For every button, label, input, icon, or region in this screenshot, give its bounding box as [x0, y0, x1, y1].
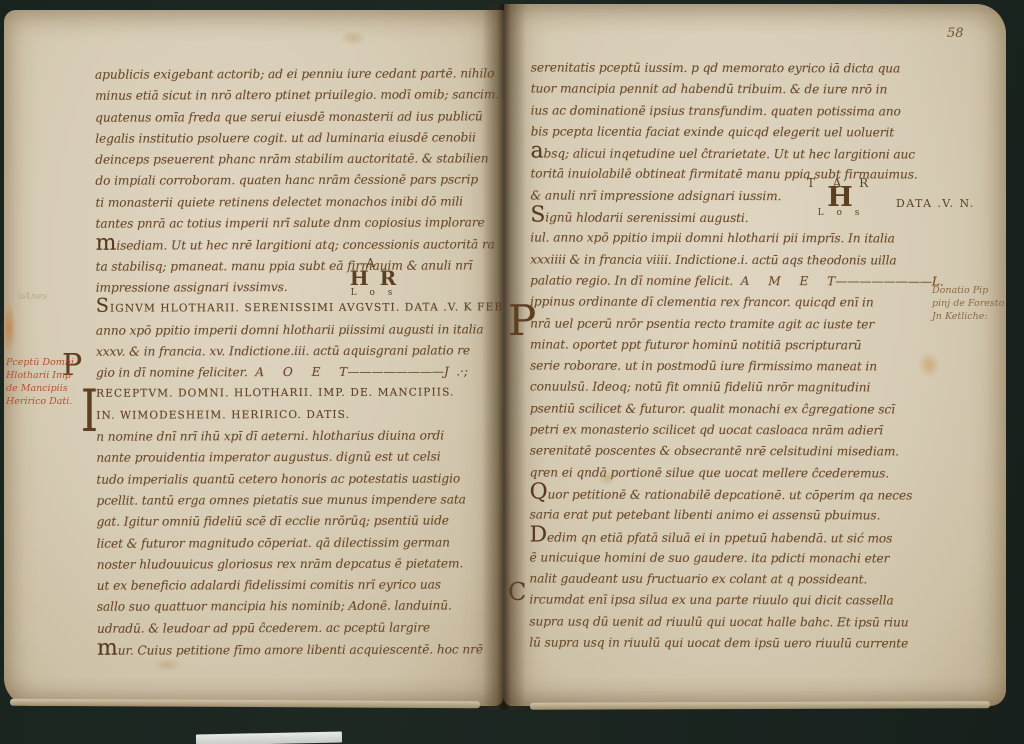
manuscript-line: ta stabilisq; pmaneat. manu ppia subt eā… [96, 255, 496, 278]
manuscript-line: udradū. & leudoar ad ppū ĉcederem. ac pc… [97, 617, 497, 640]
manuscript-line: IN. WIMODESHEIM. HERIRICO. DATIS. [96, 404, 496, 427]
manuscript-line: bis pcepta licentia faciat exinde quicqd… [531, 121, 941, 143]
manuscript-line: ircumdat enī ipsa silua ex una parte riu… [529, 590, 939, 612]
manuscript-line: legalis institutio psoluere cogit. ut ad… [95, 127, 495, 150]
manuscript-line: deinceps pseuerent phanc nrām stabilim a… [95, 148, 495, 171]
monogram-row: L o s [348, 288, 400, 298]
manuscript-line: pcellit. tantū erga omnes pietatis sue m… [96, 489, 496, 512]
manuscript-line: noster hludouuicus gloriosus rex nrām de… [97, 553, 497, 576]
manuscript-line: gio in dī nomine feliciter. A O E T—————… [96, 361, 496, 384]
right-page-text: serenitatis pceptū iussim. p qd memorato… [529, 57, 941, 654]
monogram-row: H [806, 188, 876, 208]
rubric-margin-note: Pceptū DomniHlotharii Impde MancipiisHer… [6, 356, 74, 408]
faded-margin-note: oAnes [18, 290, 47, 303]
lothar-monogram: A H R L o s [348, 258, 400, 298]
manuscript-line: minus etiā sicut in nrō altero ptinet pr… [95, 85, 495, 108]
page-edge [530, 701, 990, 710]
manuscript-line: Quor petitionē & rationabilē depcationē.… [530, 483, 940, 505]
manuscript-line: xxxiiii & in francia viiii. Indictione.i… [530, 249, 940, 271]
manuscript-line: RECEPTVM. DOMNI. HLOTHARII. IMP. DE. MAN… [96, 383, 496, 406]
margin-note-line: Jn Ketliche: [932, 310, 1022, 323]
manuscript-line: ius ac dominationē ipsius transfundim. q… [531, 100, 941, 122]
manuscript-line: licet & futuror magnitudo cōperiat. qā d… [97, 532, 497, 555]
rubric-note-line: de Mancipiis [6, 382, 74, 395]
manuscript-line: sallo suo quattuor mancipia his nominib;… [97, 596, 497, 619]
manuscript-line: iul. anno xpō ppitio impii domni hlothar… [530, 228, 940, 250]
manuscript-line: psentiū scilicet & futuror. qualit monac… [530, 398, 940, 420]
folio-number: 58 [947, 26, 964, 41]
white-label-strip [196, 731, 342, 744]
manuscript-line: absq; alicui inqetudine uel ĉtrarietate.… [531, 143, 941, 165]
manuscript-line: do impiali corroboram. quaten hanc nrām … [95, 170, 495, 193]
manuscript-line: apublicis exigebant actorib; ad ei penni… [95, 63, 495, 86]
lothar-monogram: T A R H L o s [806, 178, 876, 218]
manuscript-line: n nomine dnī nrī ihū xpī dī aeterni. hlo… [96, 425, 496, 448]
right-margin-note: Donatio Pippinj de ForestoJn Ketliche: [932, 284, 1022, 323]
manuscript-line: & anuli nrī impressione adsignari iussim… [530, 185, 940, 207]
manuscript-line: nrā uel pcerū nrōr psentia recto tramite… [530, 313, 940, 335]
rubric-note-line: Hlotharii Imp [6, 369, 74, 382]
margin-initial-p: P [508, 300, 536, 342]
manuscript-line: anno xpō ppitio imperii domni hlotharii … [96, 319, 496, 342]
manuscript-line: lū supra usq in riuulū qui uocat dem ips… [529, 632, 939, 654]
page-edge [10, 699, 480, 708]
manuscript-line: Dedim qn etiā pfatā siluā ei in ppetuū h… [529, 526, 939, 548]
rubric-note-line: Pceptū Domni [6, 356, 74, 369]
manuscript-line: nante prouidentia imperator augustus. di… [96, 447, 496, 470]
manuscript-line: conuulsū. Ideoq; notū fit omniū fideliū … [530, 377, 940, 399]
rubric-note-line: Heririco Dati. [6, 395, 74, 408]
manuscript-line: ut ex beneficio adalardi fidelissimi com… [97, 574, 497, 597]
manuscript-line: nalit gaudeant usu fructuario ex colant … [529, 569, 939, 591]
manuscript-line: tuor mancipia pennit ad habendū tribuim.… [531, 79, 941, 101]
manuscript-line: SIGNVM HLOTHARII. SERENISSIMI AVGVSTI. D… [96, 298, 496, 321]
manuscript-line: quatenus omīa freda que serui eiusdē mon… [95, 106, 495, 129]
manuscript-photo: 58 apublicis exigebant actorib; ad ei pe… [0, 0, 1024, 744]
margin-initial-i: I [81, 382, 98, 440]
manuscript-line: tudo imperialis quantū cetero honoris ac… [96, 468, 496, 491]
manuscript-line: ti monasterii quiete retinens delectet m… [95, 191, 495, 214]
left-page-text: apublicis exigebant actorib; ad ei penni… [95, 63, 497, 661]
manuscript-line: serenitatē poscentes & obsecrantē nrē ce… [530, 441, 940, 463]
margin-note-line: Donatio Pip [932, 284, 1022, 297]
manuscript-line: misediam. Ut ut hec nrē largitioni atq; … [96, 234, 496, 257]
monogram-row: H R [348, 268, 400, 288]
margin-note-line: pinj de Foresto [932, 297, 1022, 310]
monogram-row: L o s [806, 208, 876, 218]
manuscript-line: saria erat put petebant libenti animo ei… [530, 505, 940, 527]
manuscript-line: palatio regio. In dī nomine felicit. A M… [530, 270, 940, 292]
manuscript-line: xxxv. & in francia. xv. Indictione.iii. … [96, 340, 496, 363]
manuscript-line: supra usq dū uenit ad riuulū qui uocat h… [529, 611, 939, 633]
stain [2, 302, 16, 354]
dating-clause: DATA .V. N. [896, 197, 975, 210]
manuscript-line: ippinus ordinante dī clementia rex franc… [530, 292, 940, 314]
manuscript-line: tantes pnrā ac totius imperii nrī salute… [95, 212, 495, 235]
manuscript-line: ē unicuique homini de suo gaudere. ita p… [529, 547, 939, 569]
manuscript-line: toritā inuiolabilē obtineat firmitatē ma… [530, 164, 940, 186]
manuscript-line: mur. Cuius petitione fīmo amore libenti … [97, 638, 497, 661]
manuscript-line: impressione assignari ivssimvs. [96, 276, 496, 299]
stain [340, 30, 366, 46]
margin-initial-c: C [508, 578, 526, 606]
manuscript-line: qren ei qndā portionē silue que uocat me… [530, 462, 940, 484]
manuscript-line: minat. oportet ppt futuror hominū notiti… [530, 334, 940, 356]
manuscript-line: Signū hlodarii serenissimi augusti. [530, 207, 940, 229]
manuscript-line: petri ex monasterio scilicet qd uocat ca… [530, 420, 940, 442]
manuscript-line: gat. Igitur omniū fideliū scē dī ecclie … [97, 511, 497, 534]
manuscript-line: serenitatis pceptū iussim. p qd memorato… [531, 57, 941, 79]
manuscript-line: serie roborare. ut in postmodū iure firm… [530, 356, 940, 378]
